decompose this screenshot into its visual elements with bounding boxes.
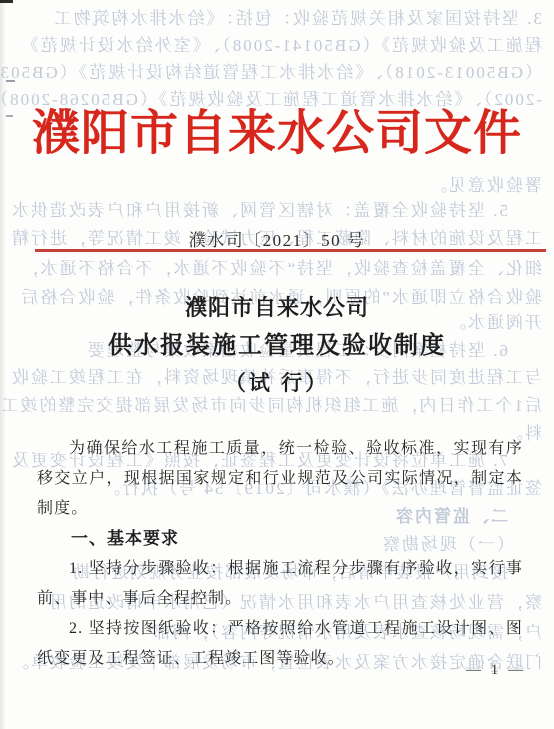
bleed-through-line: 5. 坚持验收全覆盖：对辖区管网、新接用户和户表改造供水 xyxy=(10,196,508,221)
scanned-document-page: 3. 坚持按国家及相关规范验收：包括：《给水排水构筑物工 程施工及验收规范》（G… xyxy=(0,0,554,729)
scan-corner-artifact xyxy=(0,0,13,3)
bleed-through-line: 3. 坚持按国家及相关规范验收：包括：《给水排水构筑物工 xyxy=(53,4,543,29)
bleed-through-line: 细化、全覆盖检查验收，坚持“不验收不通水，不合格不通水， xyxy=(19,254,542,279)
bleed-through-line: 署验收意见。 xyxy=(428,171,542,196)
document-body: 为确保给水工程施工质量，统一检验、验收标准，实现有序移交立户，现根据国家规定和行… xyxy=(37,434,523,674)
document-number: 濮水司〔2021〕50 号 xyxy=(0,226,554,251)
item-1-paragraph: 1. 坚持分步骤验收：根据施工流程分步骤有序验收，实行事前、事中、事后全程控制。 xyxy=(37,554,523,614)
bleed-through-line: 程施工及验收规范》（GB50141-2008）、《室外给水设计规范》 xyxy=(20,31,542,56)
bleed-through-line: （GB50013-2018）、《给水排水工程管道结构设计规范》（GB50332 xyxy=(0,58,542,83)
page-number: — 1 — xyxy=(466,662,526,679)
document-title-main: 供水报装施工管理及验收制度 xyxy=(0,325,554,360)
scan-margin-artifact xyxy=(6,80,15,82)
section-1-heading: 一、基本要求 xyxy=(37,524,523,554)
document-title-org: 濮阳市自来水公司 xyxy=(0,291,554,322)
intro-paragraph: 为确保给水工程施工质量，统一检验、验收标准，实现有序移交立户，现根据国家规定和行… xyxy=(37,434,523,524)
document-title-trial: （试 行） xyxy=(0,367,554,397)
item-2-paragraph: 2. 坚持按图纸验收：严格按照给水管道工程施工设计图、图纸变更及工程签证、工程竣… xyxy=(37,614,523,674)
scan-margin-artifact xyxy=(6,115,13,117)
company-letterhead-title: 濮阳市自来水公司文件 xyxy=(0,94,554,163)
letterhead-red-rule xyxy=(35,249,546,252)
